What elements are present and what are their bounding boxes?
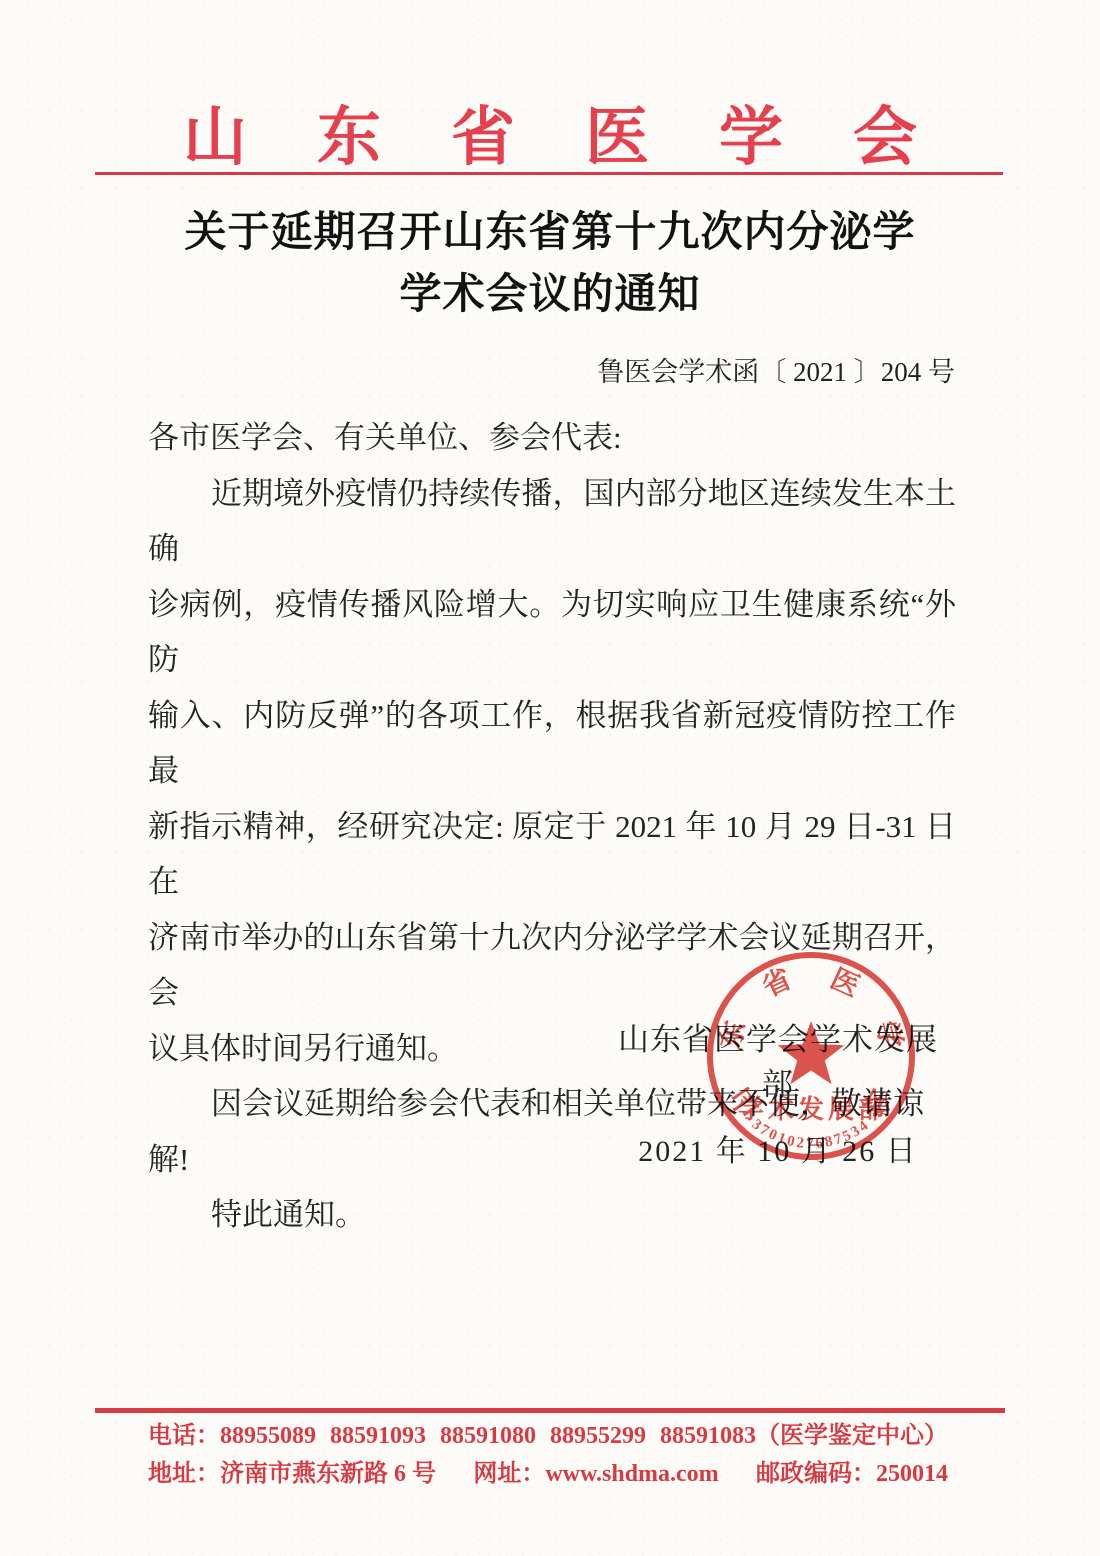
document-title-line1: 关于延期召开山东省第十九次内分泌学 [184,210,915,256]
website-value: www.shdma.com [545,1461,718,1487]
footer-address: 地址：济南市燕东新路 6 号 [148,1459,436,1490]
salutation: 各市医学会、有关单位、参会代表: [148,410,956,466]
phone-number: 88955089 [220,1423,316,1449]
postal-label: 邮政编码： [756,1461,876,1487]
address-value: 济南市燕东新路 6 号 [220,1461,436,1487]
body-line: 近期境外疫情仍持续传播，国内部分地区连续发生本土确 [148,466,956,577]
body-line: 特此通知。 [148,1187,956,1243]
reference-number: 鲁医会学术函〔 2021 〕204 号 [597,350,955,389]
footer-phone-first: 电话：88955089 [148,1421,316,1452]
phone-number: 88591080 [440,1421,536,1452]
footer-website: 网址：www.shdma.com [473,1459,718,1490]
body-line: 诊病例，疫情传播风险增大。为切实响应卫生健康系统“外防 [148,577,956,688]
document-title-line2: 学术会议的通知 [399,272,700,318]
seal-ring-char: 学 [870,1017,908,1052]
phone-label: 电话： [148,1423,220,1449]
phone-number: 88955299 [550,1421,646,1452]
footer-postal: 邮政编码：250014 [756,1459,948,1490]
address-label: 地址： [148,1461,220,1487]
footer-phones-row: 电话：88955089 88591093 88591080 88955299 8… [148,1421,948,1452]
body-line: 新指示精神，经研究决定: 原定于 2021 年 10 月 29 日-31 日在 [148,799,956,910]
website-label: 网址： [473,1461,545,1487]
phone-number: 88591093 [330,1421,426,1452]
document-title: 关于延期召开山东省第十九次内分泌学 学术会议的通知 [0,202,1100,326]
seal-star-icon [778,1021,845,1084]
postal-value: 250014 [876,1461,948,1487]
official-seal: 山 东 省 医 学 会 学术发展部 3701027687534 [701,946,921,1166]
phone-number: 88591083（医学鉴定中心） [660,1421,948,1452]
footer-address-row: 地址：济南市燕东新路 6 号 网址：www.shdma.com 邮政编码：250… [148,1459,948,1490]
page-footer: 电话：88955089 88591093 88591080 88955299 8… [148,1421,948,1490]
scanned-notice-page: 山东省医学会 关于延期召开山东省第十九次内分泌学 学术会议的通知 鲁医会学术函〔… [0,0,1100,1556]
footer-rule [95,1408,1005,1413]
letterhead-rule [95,172,1003,175]
seal-ring-char: 东 [714,1017,752,1052]
letterhead-org-name: 山东省医学会 [0,86,1100,178]
body-line: 输入、内防反弹”的各项工作，根据我省新冠疫情防控工作最 [148,688,956,799]
